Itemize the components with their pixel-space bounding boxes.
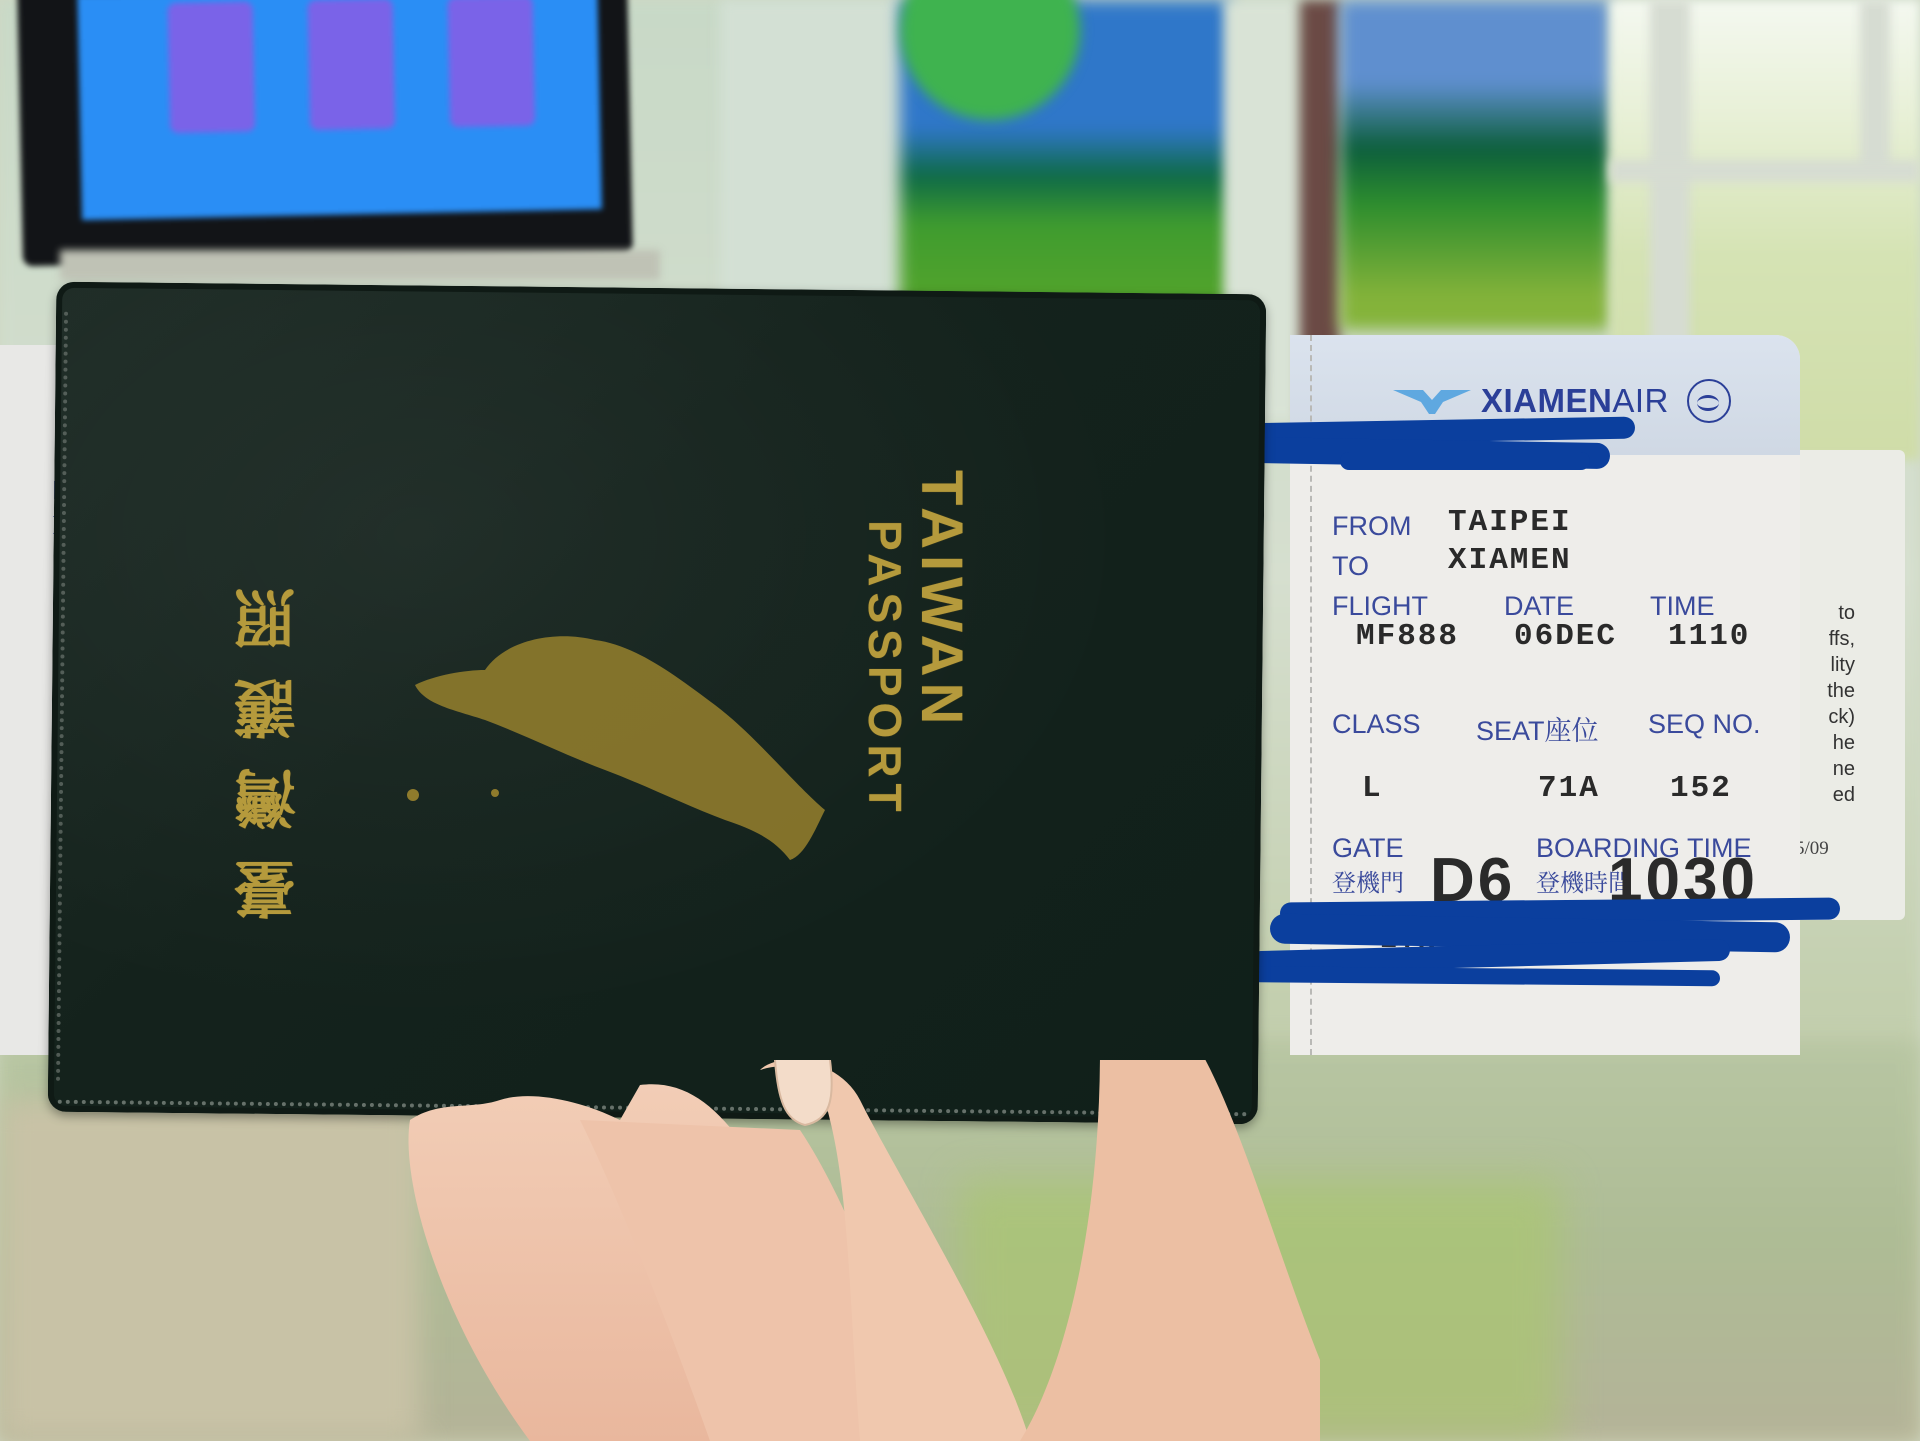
passport-title-en: TAIWAN	[915, 470, 975, 950]
stub-text-line: ne	[1795, 756, 1855, 782]
airline-name-bold: XIAMEN	[1481, 382, 1612, 419]
time-label: TIME	[1650, 591, 1715, 622]
flight-value: MF888	[1356, 619, 1459, 654]
date-value: 06DEC	[1514, 619, 1617, 654]
passport-stitching	[56, 312, 74, 1082]
to-label: TO	[1332, 551, 1369, 582]
class-label: CLASS	[1332, 709, 1421, 740]
monitor-tile	[447, 0, 535, 127]
monitor-screen	[77, 0, 602, 220]
stub-text-line: the	[1795, 678, 1855, 704]
stub-text-line: he	[1795, 730, 1855, 756]
seat-value: 71A	[1538, 771, 1600, 806]
stub-text-line: ffs,	[1795, 626, 1855, 652]
airline-name-light: AIR	[1612, 382, 1669, 419]
seq-label: SEQ NO.	[1648, 709, 1761, 740]
monitor-tile	[307, 0, 395, 130]
stub-text: to ffs, lity the ck) he ne ed	[1795, 600, 1855, 808]
passport-subtitle-en: PASSPORT	[862, 520, 912, 920]
from-value: TAIPEI	[1448, 505, 1572, 540]
date-label: DATE	[1504, 591, 1574, 622]
skyteam-logo-icon	[1687, 379, 1731, 423]
monitor-stand	[60, 250, 660, 280]
gate-label-zh: 登機門	[1332, 863, 1404, 898]
stub-text-line: ck)	[1795, 704, 1855, 730]
time-value: 1110	[1668, 619, 1750, 654]
stub-text-line: to	[1795, 600, 1855, 626]
monitor-tile	[168, 1, 256, 133]
taiwan-map-emblem-icon	[395, 615, 835, 875]
to-value: XIAMEN	[1448, 543, 1572, 578]
stub-date: 5/09	[1795, 838, 1829, 860]
stub-text-line: ed	[1795, 782, 1855, 808]
seat-label: SEAT座位	[1476, 709, 1599, 748]
hand	[380, 1060, 1320, 1441]
window-frame	[1610, 160, 1920, 182]
from-label: FROM	[1332, 511, 1411, 542]
passport-title-zh: 臺灣護照	[225, 480, 295, 920]
window-frame	[1860, 0, 1890, 170]
airline-name: XIAMENAIR	[1481, 382, 1669, 420]
class-value: L	[1362, 771, 1383, 806]
redaction-mark	[1340, 452, 1590, 470]
stub-text-line: lity	[1795, 652, 1855, 678]
floor-shade	[0, 1100, 420, 1441]
info-monitor	[17, 0, 633, 266]
poster-right	[1340, 0, 1610, 330]
seq-value: 152	[1670, 771, 1732, 806]
gate-label: GATE	[1332, 833, 1404, 864]
flight-label: FLIGHT	[1332, 591, 1428, 622]
egret-logo-icon	[1393, 384, 1471, 418]
airline-logo: XIAMENAIR	[1393, 379, 1731, 423]
